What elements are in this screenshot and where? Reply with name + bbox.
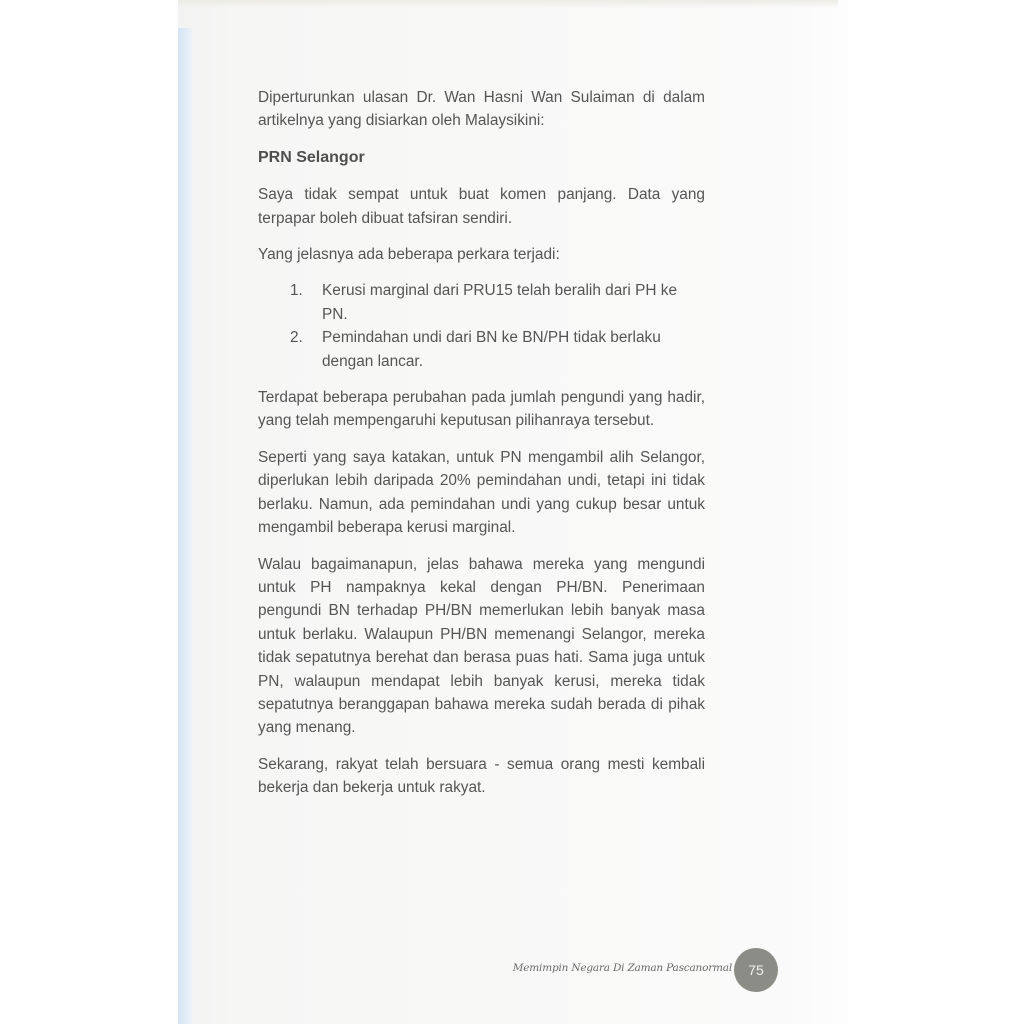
list-text: Pemindahan undi dari BN ke BN/PH tidak b…: [322, 326, 705, 373]
paragraph-comment: Saya tidak sempat untuk buat komen panja…: [258, 183, 705, 230]
paragraph-conclusion: Sekarang, rakyat telah bersuara - semua …: [258, 753, 705, 800]
paragraph-vote-transfer: Seperti yang saya katakan, untuk PN meng…: [258, 446, 705, 540]
scanned-page-photo: Diperturunkan ulasan Dr. Wan Hasni Wan S…: [0, 0, 1024, 1024]
paragraph-list-intro: Yang jelasnya ada beberapa perkara terja…: [258, 243, 705, 266]
page-top-shadow: [178, 0, 838, 8]
numbered-list: 1. Kerusi marginal dari PRU15 telah bera…: [258, 279, 705, 373]
page-content: Diperturunkan ulasan Dr. Wan Hasni Wan S…: [258, 86, 705, 813]
paragraph-analysis: Walau bagaimanapun, jelas bahawa mereka …: [258, 553, 705, 740]
paragraph-turnout: Terdapat beberapa perubahan pada jumlah …: [258, 386, 705, 433]
list-number: 2.: [258, 326, 322, 373]
list-item: 2. Pemindahan undi dari BN ke BN/PH tida…: [258, 326, 705, 373]
list-text: Kerusi marginal dari PRU15 telah beralih…: [322, 279, 705, 326]
page-edge-strip: [178, 28, 192, 1024]
intro-paragraph: Diperturunkan ulasan Dr. Wan Hasni Wan S…: [258, 86, 705, 133]
list-number: 1.: [258, 279, 322, 326]
list-item: 1. Kerusi marginal dari PRU15 telah bera…: [258, 279, 705, 326]
page-footer: Memimpin Negara Di Zaman Pascanormal 75: [510, 948, 780, 998]
section-heading: PRN Selangor: [258, 146, 705, 169]
running-footer-title: Memimpin Negara Di Zaman Pascanormal: [510, 962, 732, 974]
page-number-badge: 75: [734, 948, 778, 992]
